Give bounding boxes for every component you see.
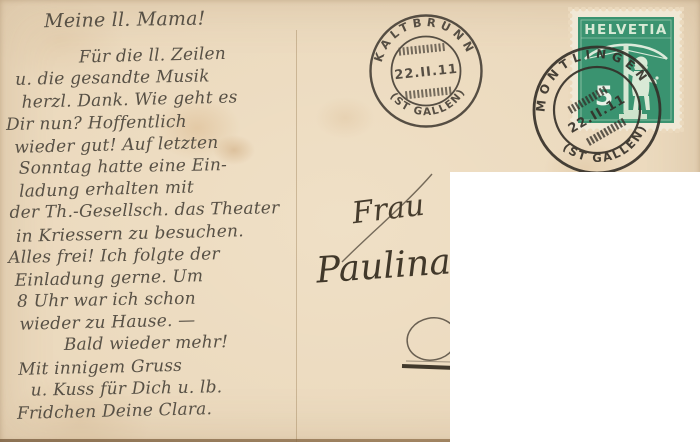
postmark-date: 22.II.11 xyxy=(394,62,459,84)
message-text: Meine ll. Mama! Für die ll. Zeilen u. di… xyxy=(4,5,311,424)
postmark-kaltbrunn: KALTBRUNN (ST GALLEN) 22.II.11 xyxy=(362,12,490,132)
postcard: Meine ll. Mama! Für die ll. Zeilen u. di… xyxy=(0,0,700,442)
postmark-town-label: KALTBRUNN xyxy=(368,12,479,65)
postmark-town-label: MONTLINGEN xyxy=(524,44,654,116)
message-salutation: Meine ll. Mama! xyxy=(44,5,304,34)
stamp-country-label: HELVETIA xyxy=(584,22,668,38)
redaction-overlay xyxy=(450,172,700,442)
postmark-montlingen: MONTLINGEN (ST GALLEN) 22.II.11 xyxy=(524,44,680,184)
svg-text:MONTLINGEN: MONTLINGEN xyxy=(524,44,654,116)
address-recipient-name: Paulina xyxy=(315,241,452,291)
svg-text:KALTBRUNN: KALTBRUNN xyxy=(368,12,479,65)
